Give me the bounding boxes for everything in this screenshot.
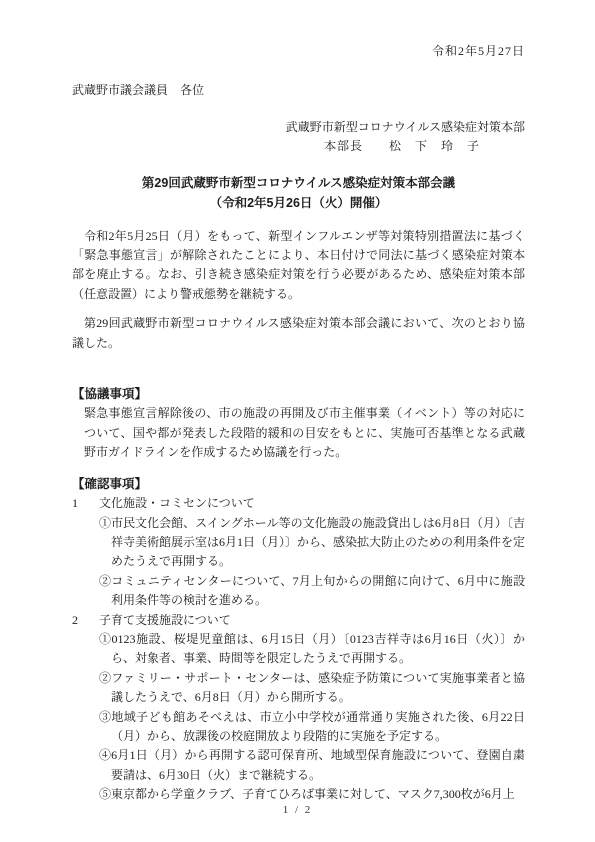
agenda-section-heading: 【協議事項】 bbox=[72, 385, 525, 404]
list-subitem: ②コミュニティセンターについて、7月上旬からの開館に向けて、6月中に施設利用条件… bbox=[99, 572, 525, 611]
sender-block: 武蔵野市新型コロナウイルス感染症対策本部 本部長 松 下 玲 子 bbox=[72, 118, 525, 157]
sender-organization: 武蔵野市新型コロナウイルス感染症対策本部 bbox=[72, 118, 525, 137]
recipient: 武蔵野市議会議員 各位 bbox=[72, 81, 525, 100]
confirmed-item-1: 1文化施設・コミセンについて ①市民文化会館、スイングホール等の文化施設の施設貸… bbox=[72, 494, 525, 610]
list-subitem: ②ファミリー・サポート・センターは、感染症予防策について実施事業者と協議したうえ… bbox=[99, 669, 525, 708]
list-item-header: 2子育て支援施設について bbox=[72, 611, 525, 630]
document-title-line2: （令和2年5月26日（火）開催） bbox=[72, 193, 525, 213]
list-subitems: ①市民文化会館、スイングホール等の文化施設の施設貸出しは6月8日（月）〔吉祥寺美… bbox=[99, 514, 525, 611]
confirmed-section-heading: 【確認事項】 bbox=[72, 475, 525, 494]
list-subitems: ①0123施設、桜堤児童館は、6月15日（月）〔0123吉祥寺は6月16日（火）… bbox=[99, 630, 525, 805]
list-subitem: ④6月1日（月）から再開する認可保育所、地域型保育施設について、登園自粛要請は、… bbox=[99, 746, 525, 785]
document-title: 第29回武蔵野市新型コロナウイルス感染症対策本部会議 （令和2年5月26日（火）… bbox=[72, 173, 525, 213]
intro-paragraph-2: 第29回武蔵野市新型コロナウイルス感染症対策本部会議において、次のとおり協議した… bbox=[72, 314, 525, 353]
sender-signature: 本部長 松 下 玲 子 bbox=[72, 137, 525, 156]
list-item-header: 1文化施設・コミセンについて bbox=[72, 494, 525, 513]
page-number: 1 / 2 bbox=[0, 801, 595, 820]
list-subitem: ③地域子ども館あそべえは、市立小中学校が通常通り実施された後、6月22日（月）か… bbox=[99, 708, 525, 747]
agenda-section-body: 緊急事態宣言解除後の、市の施設の再開及び市主催事業（イベント）等の対応について、… bbox=[84, 404, 525, 462]
document-page: 令和2年5月27日 武蔵野市議会議員 各位 武蔵野市新型コロナウイルス感染症対策… bbox=[0, 0, 595, 842]
confirmed-item-2: 2子育て支援施設について ①0123施設、桜堤児童館は、6月15日（月）〔012… bbox=[72, 611, 525, 805]
list-subitem: ①市民文化会館、スイングホール等の文化施設の施設貸出しは6月8日（月）〔吉祥寺美… bbox=[99, 514, 525, 572]
list-subitem: ①0123施設、桜堤児童館は、6月15日（月）〔0123吉祥寺は6月16日（火）… bbox=[99, 630, 525, 669]
intro-paragraph-1: 令和2年5月25日（月）をもって、新型インフルエンザ等対策特別措置法に基づく「緊… bbox=[72, 227, 525, 305]
list-item-title: 子育て支援施設について bbox=[99, 613, 231, 627]
list-item-number: 1 bbox=[72, 494, 99, 513]
document-title-line1: 第29回武蔵野市新型コロナウイルス感染症対策本部会議 bbox=[72, 173, 525, 193]
list-item-title: 文化施設・コミセンについて bbox=[99, 496, 255, 510]
issue-date: 令和2年5月27日 bbox=[72, 42, 525, 61]
list-item-number: 2 bbox=[72, 611, 99, 630]
